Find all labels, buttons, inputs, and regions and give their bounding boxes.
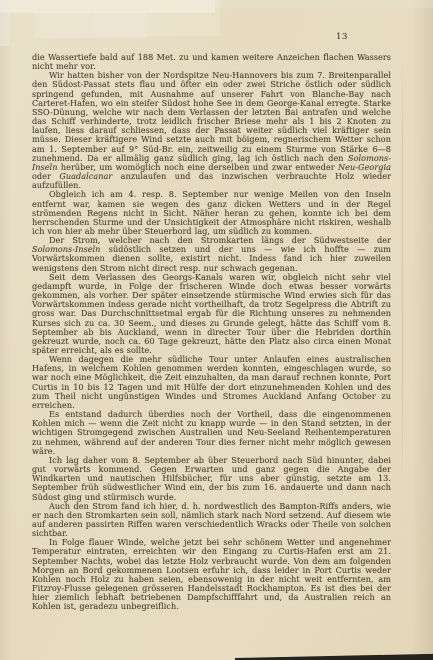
paragraph: Auch den Strom fand ich hier, d. h. nord… xyxy=(32,502,391,539)
text-segment: Auch den Strom fand ich hier, d. h. nord… xyxy=(32,501,391,538)
text-segment: Wenn dagegen die mehr südliche Tour unte… xyxy=(32,354,391,410)
text-block: die Wassertiefe bald auf 188 Met. zu und… xyxy=(32,53,391,612)
page-number: 13 xyxy=(330,32,354,42)
scan-light-patch xyxy=(95,0,220,36)
scan-light-patch xyxy=(0,0,10,46)
scan-crease-line xyxy=(402,60,403,490)
scan-light-patch xyxy=(0,0,215,13)
scan-light-patch xyxy=(215,0,433,8)
text-segment: In Folge flauer Winde, welche jetzt bei … xyxy=(32,537,391,611)
scan-light-patch xyxy=(35,12,147,38)
scanner-dark-edge xyxy=(235,653,433,660)
paragraph: Seit dem Verlassen des Georgs-Kanals war… xyxy=(32,273,391,355)
paragraph: Wir hatten bisher von der Nordspitze Neu… xyxy=(32,71,391,190)
paragraph: Es entstand dadurch überdies noch der Vo… xyxy=(32,410,391,456)
text-segment: Seit dem Verlassen des Georgs-Kanals war… xyxy=(32,272,391,355)
text-segment: Wir hatten bisher von der Nordspitze Neu… xyxy=(32,70,391,162)
paragraph: Der Strom, welcher nach den Stromkarten … xyxy=(32,236,391,273)
scanned-page: 13 die Wassertiefe bald auf 188 Met. zu … xyxy=(0,0,433,660)
paragraph: Ich lag daher vom 8. September ab über S… xyxy=(32,456,391,502)
text-segment: Es entstand dadurch überdies noch der Vo… xyxy=(32,409,391,456)
text-segment: die Wassertiefe bald auf 188 Met. zu und… xyxy=(32,52,391,71)
paragraph: In Folge flauer Winde, welche jetzt bei … xyxy=(32,538,391,611)
text-segment: Ich lag daher vom 8. September ab über S… xyxy=(32,455,391,502)
paragraph: Wenn dagegen die mehr südliche Tour unte… xyxy=(32,355,391,410)
text-segment: Obgleich ich am 4. resp. 8. September nu… xyxy=(32,189,391,236)
paragraph: Obgleich ich am 4. resp. 8. September nu… xyxy=(32,190,391,236)
paragraph: die Wassertiefe bald auf 188 Met. zu und… xyxy=(32,53,391,71)
